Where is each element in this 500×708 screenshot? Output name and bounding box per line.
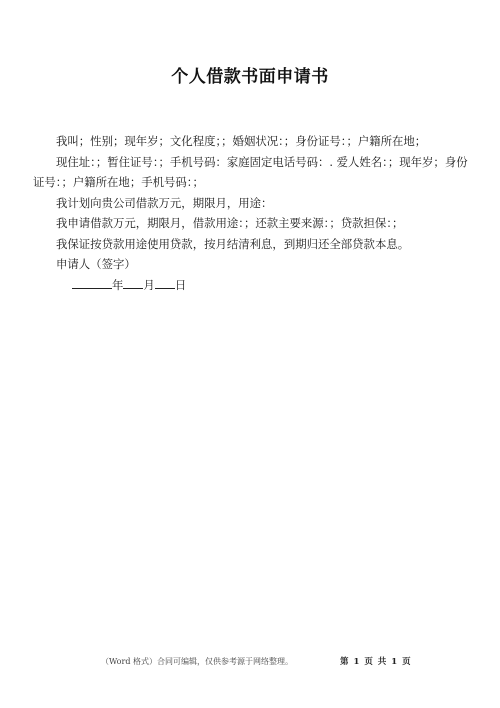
year-label: 年 bbox=[112, 278, 123, 292]
paragraph-personal-info: 我叫；性别；现年岁；文化程度；；婚姻状况：；身份证号：；户籍所在地； bbox=[33, 131, 473, 152]
footer-note: （Word 格式）合同可编辑，仅供参考源于网络整理。 bbox=[101, 656, 293, 667]
year-blank bbox=[72, 276, 112, 289]
applicant-signature-label: 申请人（签字） bbox=[33, 254, 473, 275]
day-blank bbox=[155, 276, 175, 289]
month-blank bbox=[123, 276, 143, 289]
paragraph-loan-request: 我申请借款万元，期限月，借款用途：；还款主要来源：；贷款担保：； bbox=[33, 213, 473, 234]
paragraph-loan-plan: 我计划向贵公司借款万元，期限月，用途： bbox=[33, 193, 473, 214]
day-label: 日 bbox=[175, 278, 186, 292]
document-body: 我叫；性别；现年岁；文化程度；；婚姻状况：；身份证号：；户籍所在地； 现住址：；… bbox=[33, 131, 473, 295]
document-title: 个人借款书面申请书 bbox=[0, 62, 500, 87]
page-number: 第 1 页 共 1 页 bbox=[340, 655, 412, 667]
date-line: 年月日 bbox=[33, 275, 473, 296]
month-label: 月 bbox=[143, 278, 154, 292]
paragraph-address-contact: 现住址：；暂住证号：；手机号码：家庭固定电话号码：. 爱人姓名：；现年岁；身份证… bbox=[33, 152, 473, 193]
paragraph-guarantee: 我保证按贷款用途使用贷款，按月结清利息，到期归还全部贷款本息。 bbox=[33, 234, 473, 255]
